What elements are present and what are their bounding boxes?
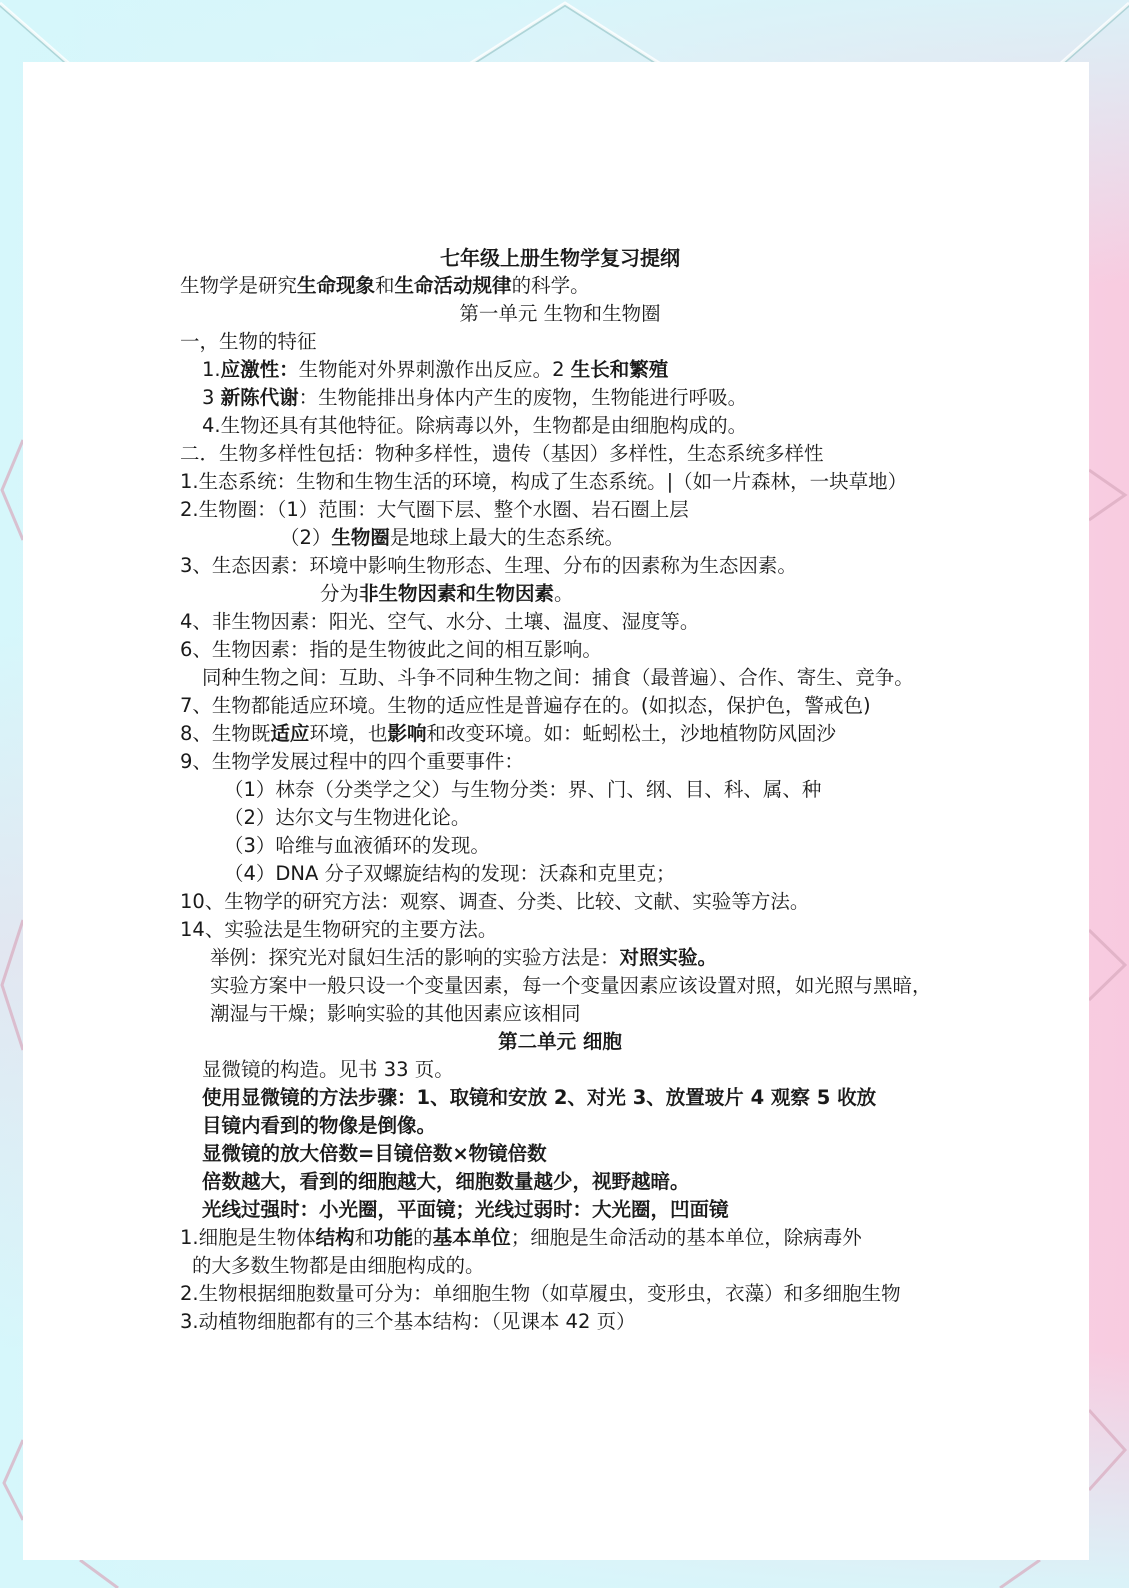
cell-2: 2.生物根据细胞数量可分为：单细胞生物（如草履虫，变形虫，衣藻）和多细胞生物: [180, 1280, 940, 1308]
item-10: 10、生物学的研究方法：观察、调查、分类、比较、文献、实验等方法。: [180, 888, 940, 916]
document-body: 七年级上册生物学复习提纲 生物学是研究生命现象和生命活动规律的科学。 第一单元 …: [180, 244, 940, 1336]
item-3b: 分为非生物因素和生物因素。: [180, 580, 940, 608]
item-9: 9、生物学发展过程中的四个重要事件：: [180, 748, 940, 776]
item-4: 4、非生物因素：阳光、空气、水分、土壤、温度、湿度等。: [180, 608, 940, 636]
cell-3: 3.动植物细胞都有的三个基本结构：（见课本 42 页）: [180, 1308, 940, 1336]
item-6b: 同种生物之间：互助、斗争不同种生物之间：捕食（最普遍）、合作、寄生、竞争。: [180, 664, 940, 692]
item-14: 14、实验法是生物研究的主要方法。: [180, 916, 940, 944]
item-2b: （2）生物圈是地球上最大的生态系统。: [180, 524, 940, 552]
section-heading: 一，生物的特征: [180, 328, 940, 356]
item-1: 1.生态系统：生物和生物生活的环境，构成了生态系统。|（如一片森林，一块草地）: [180, 468, 940, 496]
item-3a: 3、生态因素：环境中影响生物形态、生理、分布的因素称为生态因素。: [180, 552, 940, 580]
feature-1: 1.应激性：生物能对外界刺激作出反应。2 生长和繁殖: [180, 356, 940, 384]
item-9-sub: （4）DNA 分子双螺旋结构的发现：沃森和克里克；: [180, 860, 940, 888]
item-14-plan: 实验方案中一般只设一个变量因素，每一个变量因素应该设置对照，如光照与黑暗，潮湿与…: [180, 972, 940, 1028]
item-9-sub: （1）林奈（分类学之父）与生物分类：界、门、纲、目、科、属、种: [180, 776, 940, 804]
item-9-sub: （2）达尔文与生物进化论。: [180, 804, 940, 832]
cell-1: 1.细胞是生物体结构和功能的基本单位；细胞是生命活动的基本单位，除病毒外的大多数…: [180, 1224, 940, 1280]
item-9-sub: （3）哈维与血液循环的发现。: [180, 832, 940, 860]
micro-steps: 使用显微镜的方法步骤：1、取镜和安放 2、对光 3、放置玻片 4 观察 5 收放…: [180, 1084, 940, 1140]
feature-4: 4.生物还具有其他特征。除病毒以外，生物都是由细胞构成的。: [180, 412, 940, 440]
item-7: 7、生物都能适应环境。生物的适应性是普遍存在的。(如拟态，保护色，警戒色): [180, 692, 940, 720]
micro-light: 光线过强时：小光圈，平面镜；光线过弱时：大光圈，凹面镜: [180, 1196, 940, 1224]
item-14-example: 举例：探究光对鼠妇生活的影响的实验方法是：对照实验。: [180, 944, 940, 972]
section-heading: 二．生物多样性包括：物种多样性，遗传（基因）多样性，生态系统多样性: [180, 440, 940, 468]
feature-3: 3 新陈代谢：生物能排出身体内产生的废物，生物能进行呼吸。: [180, 384, 940, 412]
intro-line: 生物学是研究生命现象和生命活动规律的科学。: [180, 272, 940, 300]
unit2-heading: 第二单元 细胞: [180, 1028, 940, 1056]
document-title: 七年级上册生物学复习提纲: [180, 244, 940, 272]
micro-structure: 显微镜的构造。见书 33 页。: [180, 1056, 940, 1084]
micro-magnification: 显微镜的放大倍数=目镜倍数×物镜倍数: [180, 1140, 940, 1168]
item-6: 6、生物因素：指的是生物彼此之间的相互影响。: [180, 636, 940, 664]
item-8: 8、生物既适应环境，也影响和改变环境。如：蚯蚓松土，沙地植物防风固沙: [180, 720, 940, 748]
item-2a: 2.生物圈：（1）范围：大气圈下层、整个水圈、岩石圈上层: [180, 496, 940, 524]
micro-more: 倍数越大，看到的细胞越大，细胞数量越少，视野越暗。: [180, 1168, 940, 1196]
unit1-heading: 第一单元 生物和生物圈: [180, 300, 940, 328]
